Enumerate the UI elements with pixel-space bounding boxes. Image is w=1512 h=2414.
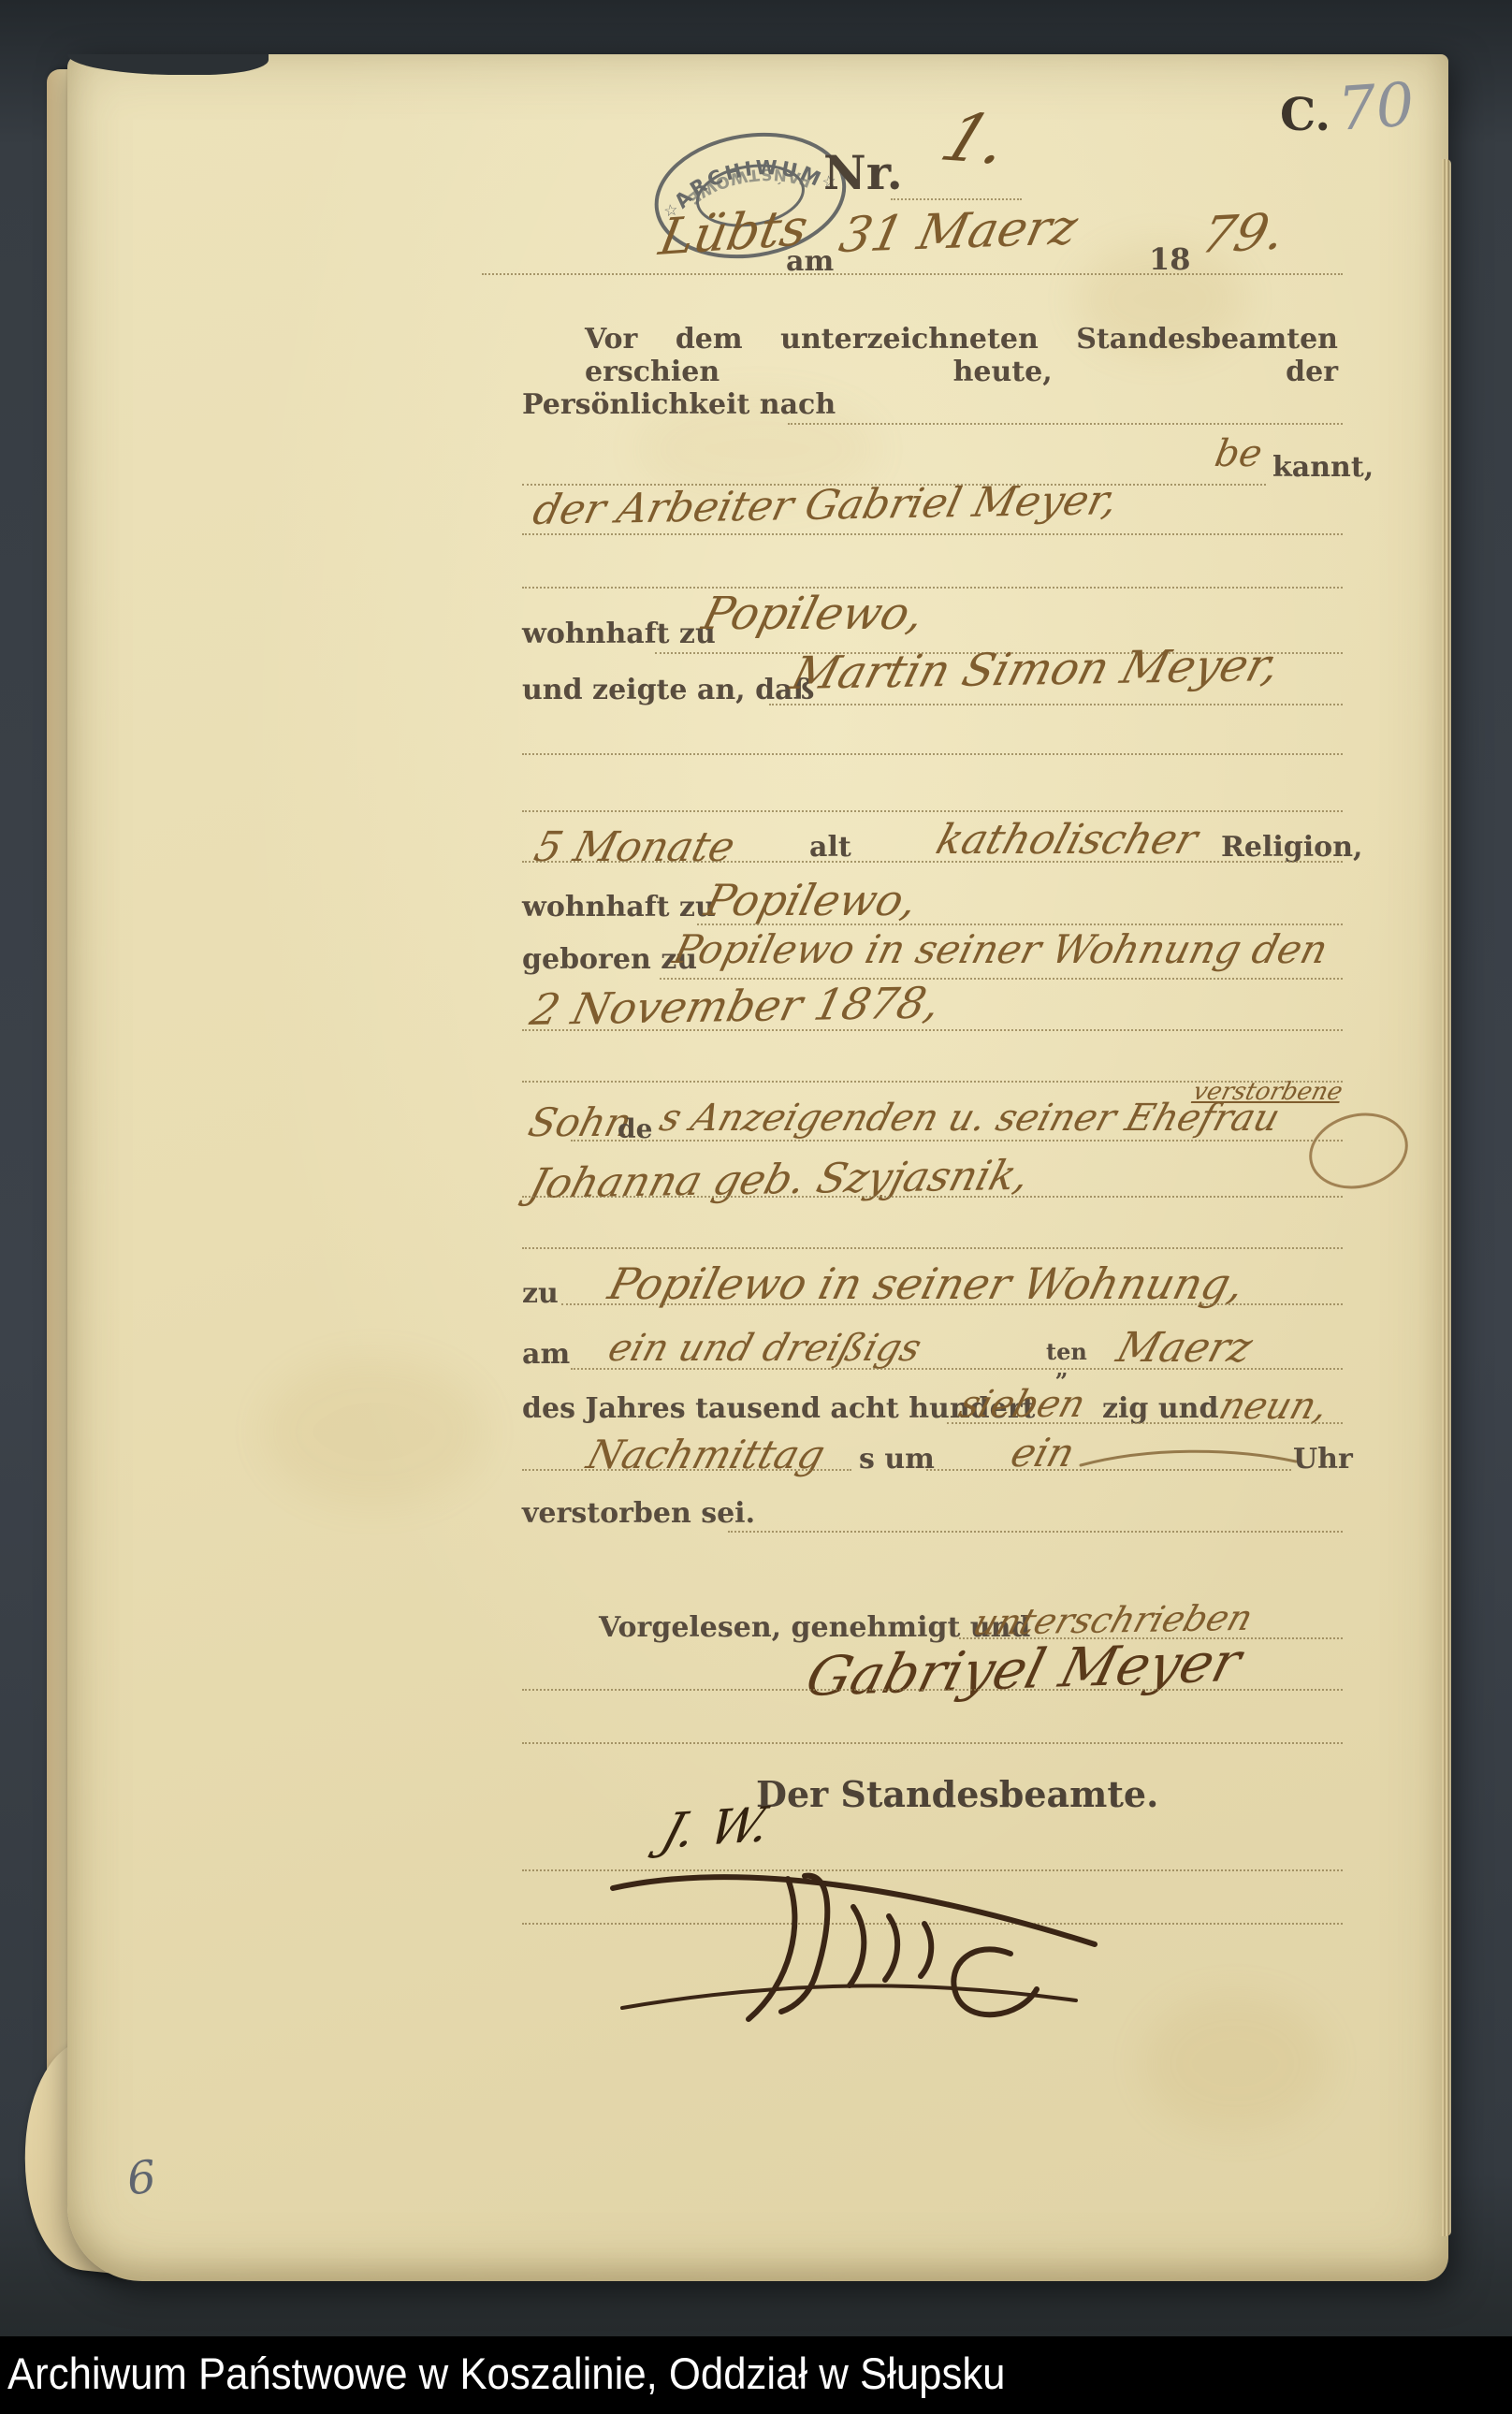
birth-date-entry: 2 November 1878, [526, 977, 945, 1035]
officer-heading: Der Standesbeamte. [756, 1773, 1158, 1815]
date-entry: 31 Maerz [835, 199, 1083, 264]
age-entry: 5 Monate [530, 823, 740, 871]
verstorben-label: verstorben sei. [522, 1497, 755, 1530]
dotted-line [571, 1140, 1343, 1142]
dotted-line [660, 978, 1343, 980]
death-month-entry: Maerz [1112, 1324, 1258, 1372]
dotted-line [891, 198, 1022, 200]
scanned-document-page: { "header": { "stamp_top": "ARCHIWUM", "… [0, 0, 1512, 2414]
year-printed-2: zig und [1102, 1392, 1218, 1425]
alt-label: alt [809, 831, 851, 864]
folio-letter: C. [1280, 89, 1330, 141]
dotted-line [788, 423, 1343, 425]
dotted-line [561, 1303, 1343, 1305]
record-number-label: Nr. [823, 145, 903, 200]
parents-entry: s Anzeigenden u. seiner Ehefrau [655, 1097, 1285, 1140]
dotted-line [947, 1422, 1343, 1424]
page-edge-right [1442, 159, 1451, 2236]
wohnhaft2-entry: Popilewo, [700, 875, 923, 925]
mother-entry: Johanna geb. Szyjasnik, [524, 1152, 1035, 1208]
persoenlichkeit-label: Persönlichkeit nach [522, 388, 836, 421]
dotted-line [728, 1531, 1343, 1533]
dotted-line [522, 1689, 1343, 1691]
wohnhaft2-label: wohnhaft zu [522, 891, 716, 923]
dotted-line [522, 753, 1343, 755]
archive-caption-text: Archiwum Państwowe w Koszalinie, Oddział… [7, 2336, 1005, 2414]
dotted-line [522, 1247, 1343, 1249]
ink-flourish-tail [1076, 1439, 1301, 1476]
ink-flourish-circle [1302, 1104, 1415, 1198]
death-am-label: am [522, 1338, 570, 1371]
geboren-entry: Popilewo in seiner Wohnung den [669, 926, 1332, 972]
folio-number-pencil: 70 [1336, 70, 1417, 145]
dotted-line [522, 1029, 1343, 1031]
dotted-line [697, 923, 1343, 925]
year-entry: 79. [1196, 202, 1291, 265]
zu-label: zu [522, 1277, 559, 1310]
death-day-entry: ein und dreißigs [603, 1327, 926, 1370]
bekannt-hand-entry: be [1212, 432, 1265, 475]
year-hand-1: sieben [954, 1383, 1090, 1426]
wohnhaft1-label: wohnhaft zu [522, 618, 716, 650]
dotted-line [522, 1742, 1343, 1744]
dotted-line [926, 1469, 1291, 1471]
dotted-line [769, 704, 1343, 705]
officer-signature-flourish [524, 1834, 1347, 2049]
form-intro-line: Vor dem unterzeichneten Standesbeamten e… [585, 323, 1338, 388]
dotted-line [522, 861, 1343, 863]
dotted-line [571, 1368, 1343, 1370]
dotted-line [522, 587, 1343, 589]
year-century-label: 18 [1149, 241, 1191, 277]
dotted-line [522, 1196, 1343, 1198]
paper-stain [262, 1357, 487, 1506]
kannt-label: kannt, [1272, 451, 1374, 484]
religion-label: Religion, [1221, 831, 1362, 864]
dotted-line [482, 273, 1343, 275]
time-printed-1: s um [859, 1443, 935, 1476]
wohnhaft1-entry: Popilewo, [697, 588, 929, 640]
dotted-line [522, 1469, 851, 1471]
archive-caption-bar: Archiwum Państwowe w Koszalinie, Oddział… [0, 2336, 1512, 2414]
pencil-page-number: 6 [124, 2151, 158, 2206]
zeigte-label: und zeigte an, daß [522, 674, 814, 706]
deceased-name-entry: Martin Simon Meyer, [786, 639, 1286, 700]
death-place-entry: Popilewo in seiner Wohnung, [603, 1258, 1249, 1309]
dotted-line [522, 533, 1343, 535]
dotted-line [522, 810, 1343, 812]
religion-entry: katholischer [931, 816, 1203, 864]
uhr-label: Uhr [1293, 1443, 1353, 1476]
